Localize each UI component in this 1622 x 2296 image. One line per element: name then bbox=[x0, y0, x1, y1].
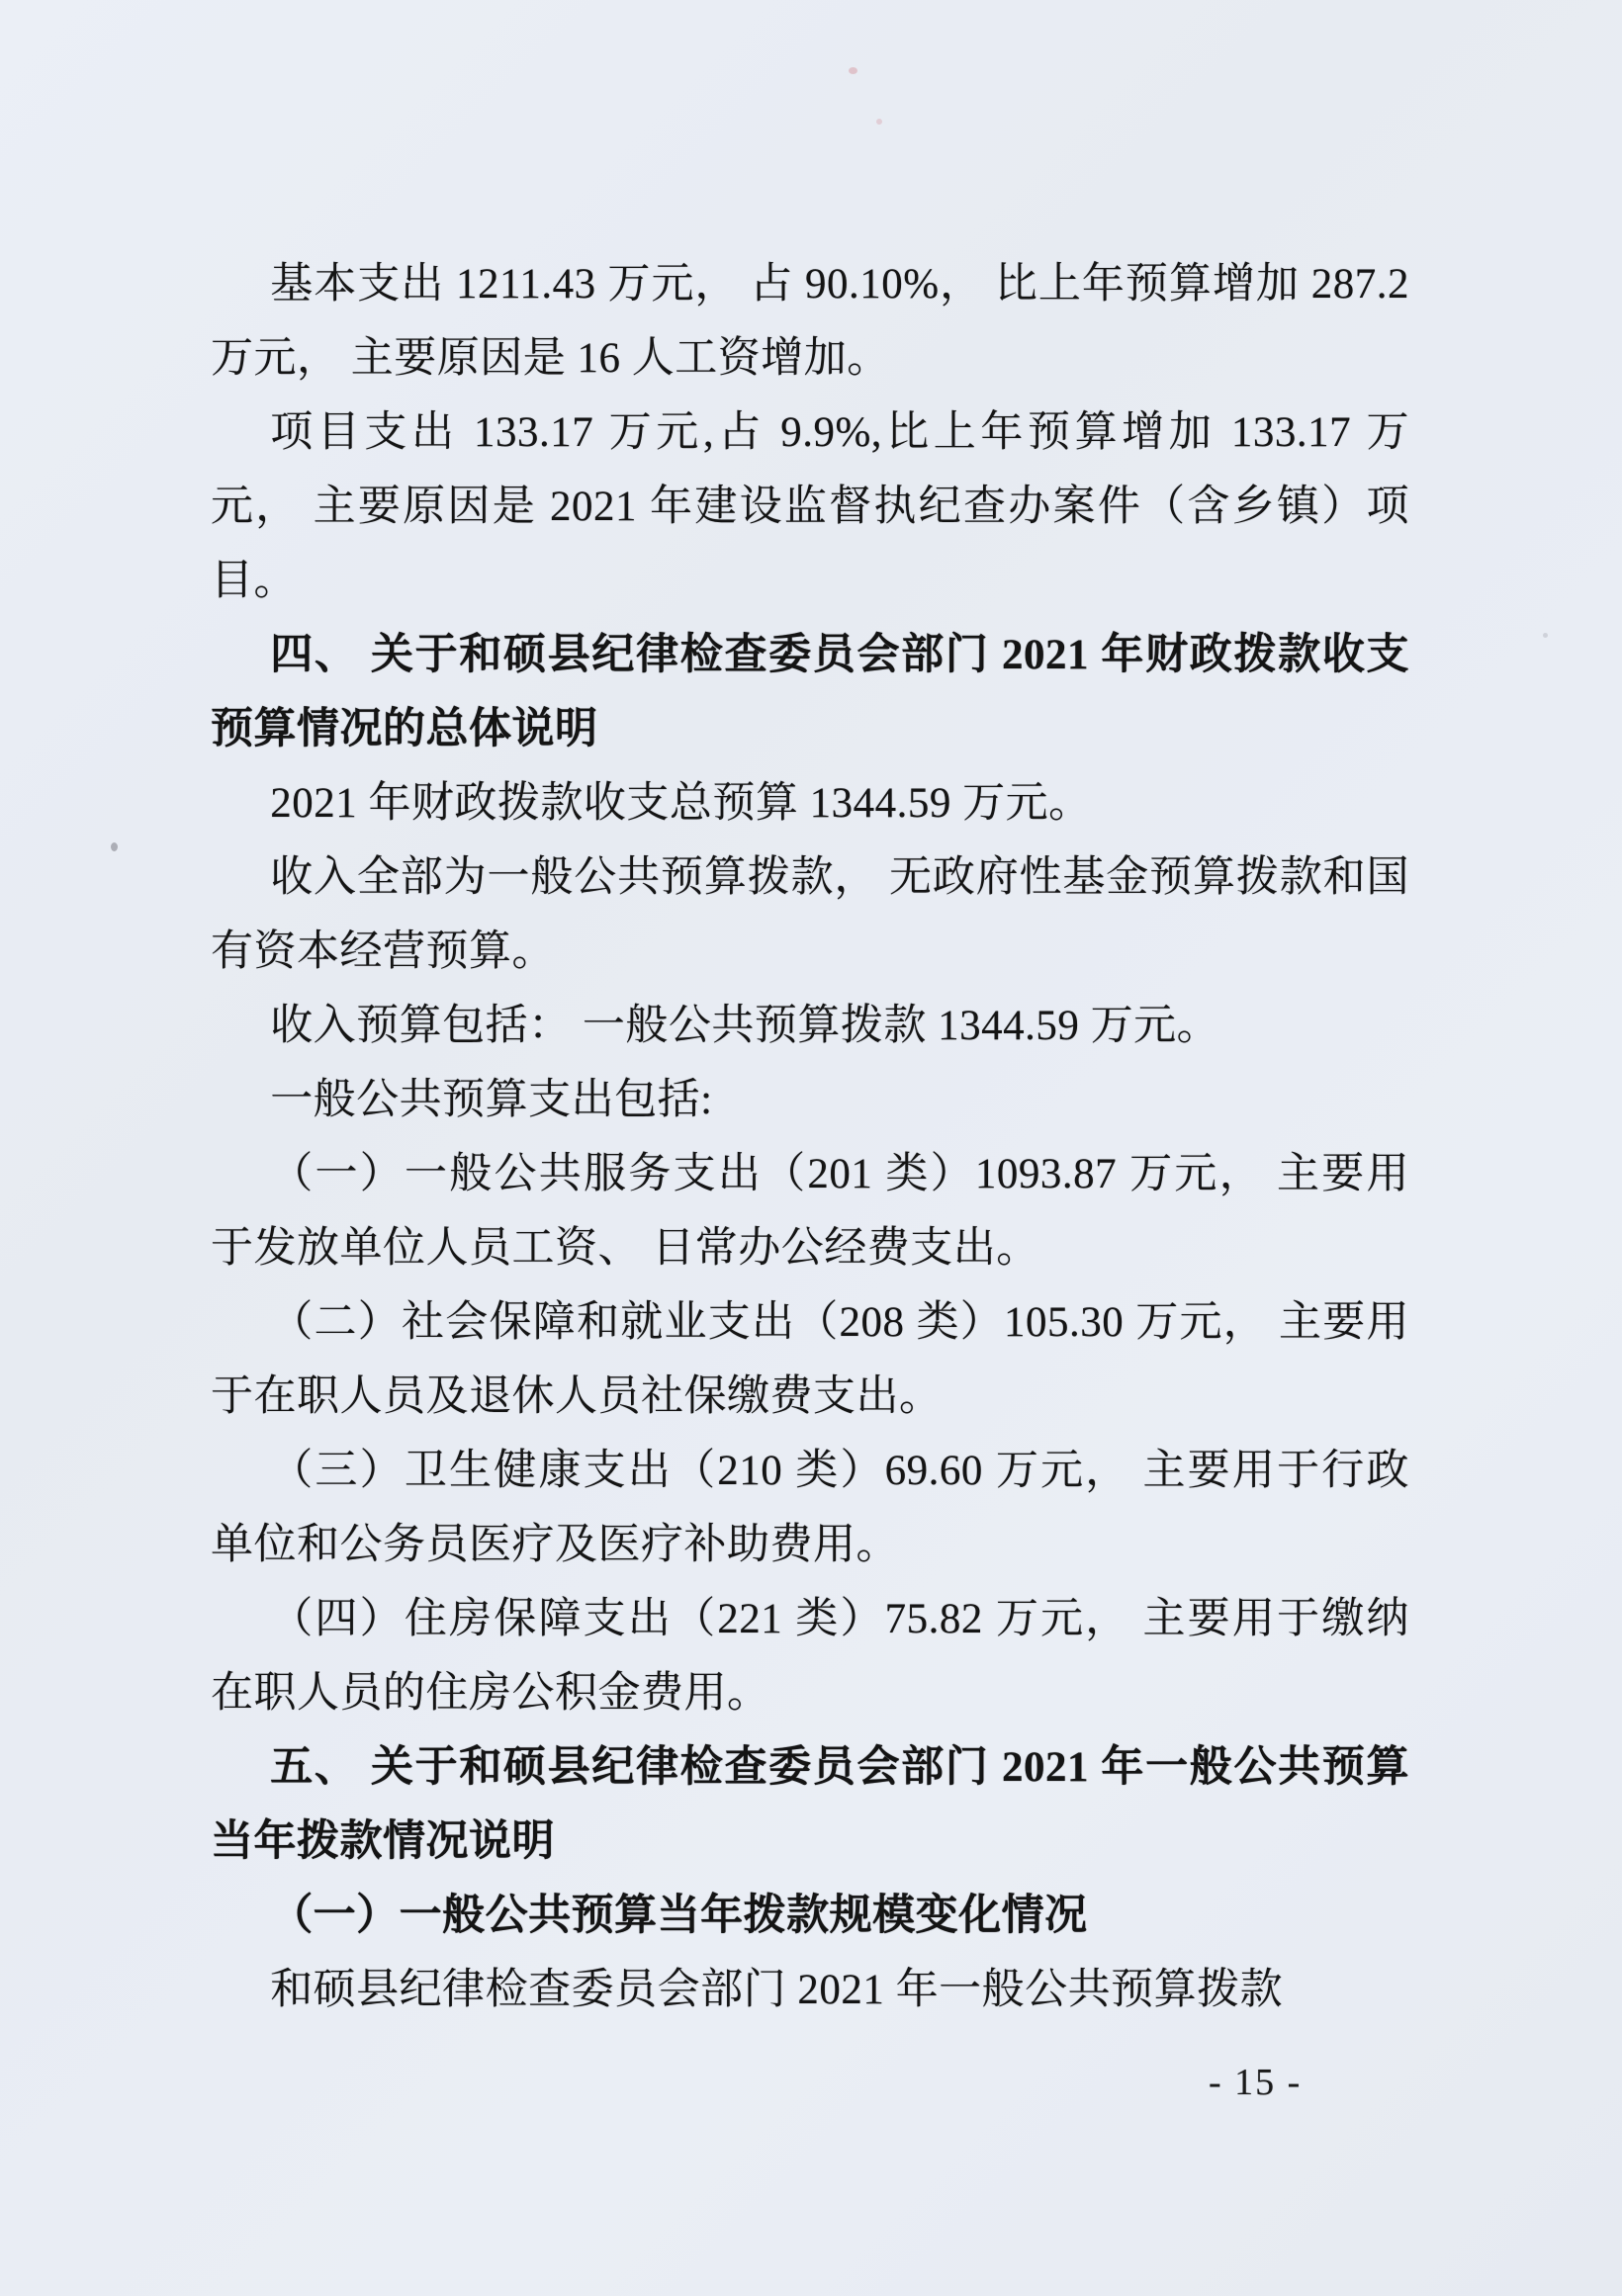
paragraph-expense-item-2: （二）社会保障和就业支出（208 类）105.30 万元， 主要用于在职人员及退… bbox=[211, 1285, 1409, 1434]
paragraph-expense-item-3: （三）卫生健康支出（210 类）69.60 万元， 主要用于行政单位和公务员医疗… bbox=[211, 1434, 1409, 1582]
paragraph-income-source: 收入全部为一般公共预算拨款， 无政府性基金预算拨款和国有资本经营预算。 bbox=[211, 840, 1409, 989]
scan-artifact-speck bbox=[876, 119, 882, 125]
scan-artifact-speck bbox=[849, 67, 857, 74]
paragraph-project-expense: 项目支出 133.17 万元,占 9.9%,比上年预算增加 133.17 万元，… bbox=[211, 396, 1409, 618]
scan-artifact-speck bbox=[111, 842, 118, 851]
paragraph-expense-item-1: （一）一般公共服务支出（201 类）1093.87 万元， 主要用于发放单位人员… bbox=[211, 1137, 1409, 1285]
heading-section-5-1: （一）一般公共预算当年拨款规模变化情况 bbox=[211, 1879, 1409, 1953]
paragraph-expense-item-4: （四）住房保障支出（221 类）75.82 万元， 主要用于缴纳在职人员的住房公… bbox=[211, 1582, 1409, 1730]
paragraph-total-budget: 2021 年财政拨款收支总预算 1344.59 万元。 bbox=[211, 766, 1409, 840]
paragraph-expense-intro: 一般公共预算支出包括: bbox=[211, 1063, 1409, 1137]
heading-section-4: 四、 关于和硕县纪律检查委员会部门 2021 年财政拨款收支预算情况的总体说明 bbox=[211, 618, 1409, 766]
paragraph-scale-change: 和硕县纪律检查委员会部门 2021 年一般公共预算拨款 bbox=[211, 1953, 1409, 2027]
heading-section-5: 五、 关于和硕县纪律检查委员会部门 2021 年一般公共预算当年拨款情况说明 bbox=[211, 1730, 1409, 1879]
document-page: 基本支出 1211.43 万元， 占 90.10%， 比上年预算增加 287.2… bbox=[0, 0, 1622, 2296]
document-body: 基本支出 1211.43 万元， 占 90.10%， 比上年预算增加 287.2… bbox=[211, 247, 1409, 2027]
page-number: - 15 - bbox=[1209, 2059, 1302, 2106]
paragraph-basic-expense: 基本支出 1211.43 万元， 占 90.10%， 比上年预算增加 287.2… bbox=[211, 247, 1409, 396]
paragraph-income-budget: 收入预算包括： 一般公共预算拨款 1344.59 万元。 bbox=[211, 989, 1409, 1063]
scan-artifact-speck bbox=[1543, 633, 1548, 638]
